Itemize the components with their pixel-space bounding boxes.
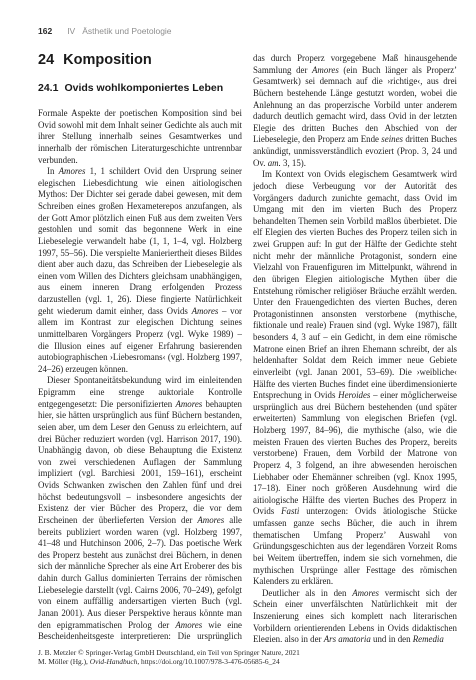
- paragraph: In Amores 1, 1 schildert Ovid den Urspru…: [38, 166, 242, 375]
- book-page: 162 IVÄsthetik und Poetologie 24Komposit…: [0, 0, 476, 642]
- doi-line: M. Möller (Hg.), Ovid-Handbuch, https://…: [38, 657, 457, 667]
- page-number: 162: [38, 26, 52, 36]
- chapter-number: IV: [67, 26, 75, 36]
- running-head: 162 IVÄsthetik und Poetologie: [38, 26, 457, 36]
- section-number: 24: [38, 53, 54, 68]
- copyright-footer: J. B. Metzler © Springer-Verlag GmbH Deu…: [38, 648, 457, 667]
- paragraph: das durch Properz vorgegebene Maß hinaus…: [253, 53, 457, 169]
- section-title: Komposition: [63, 53, 152, 68]
- subsection-number: 24.1: [38, 82, 58, 94]
- paragraph: Im Kontext von Ovids elegischem Gesamtwe…: [253, 169, 457, 588]
- right-column-body: das durch Properz vorgegebene Maß hinaus…: [253, 53, 457, 642]
- paragraph: Formale Aspekte der poetischen Kompositi…: [38, 108, 242, 166]
- chapter-running-title: IVÄsthetik und Poetologie: [67, 26, 171, 36]
- paragraph: Deutlicher als in den Amores vermischt s…: [253, 588, 457, 642]
- left-column-body: Formale Aspekte der poetischen Kompositi…: [38, 108, 242, 642]
- paragraph: Dieser Spontaneitätsbekundung wird im ei…: [38, 375, 242, 642]
- left-column: 24Komposition 24.1Ovids wohlkomponiertes…: [38, 53, 242, 642]
- subsection-heading: 24.1Ovids wohlkomponiertes Leben: [38, 82, 242, 94]
- text-columns: 24Komposition 24.1Ovids wohlkomponiertes…: [38, 53, 457, 642]
- chapter-title: Ästhetik und Poetologie: [82, 26, 171, 36]
- right-column: das durch Properz vorgegebene Maß hinaus…: [253, 53, 457, 642]
- section-heading: 24Komposition: [38, 53, 242, 68]
- subsection-title: Ovids wohlkomponiertes Leben: [64, 82, 223, 94]
- copyright-line: J. B. Metzler © Springer-Verlag GmbH Deu…: [38, 648, 457, 658]
